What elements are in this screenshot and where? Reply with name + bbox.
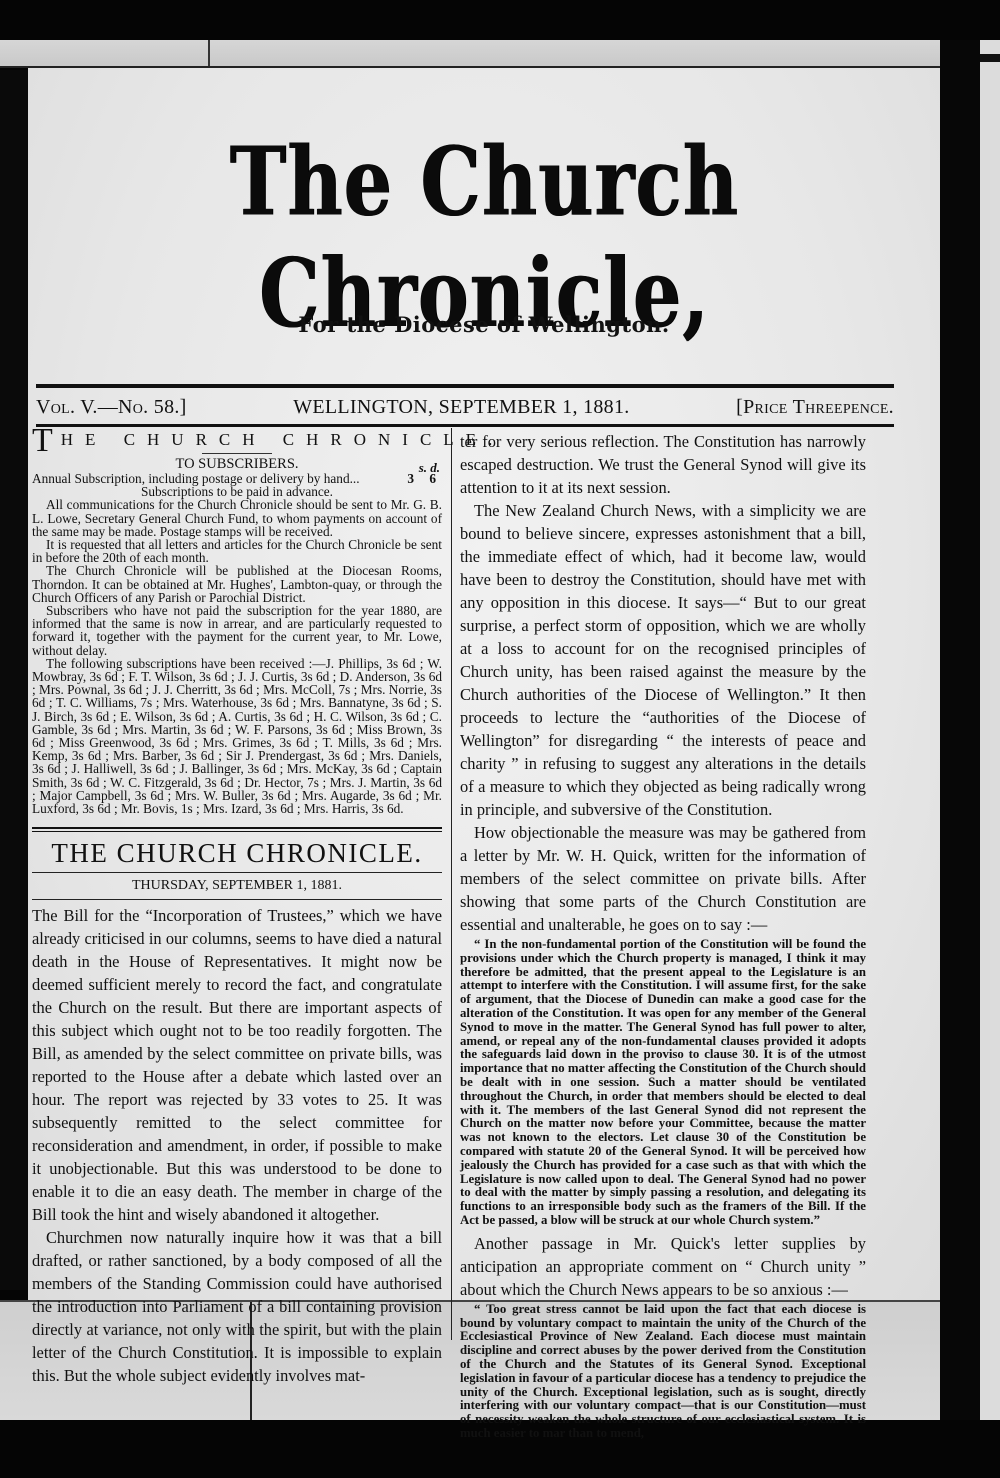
editorial-paragraph: Churchmen now naturally inquire how it w…	[32, 1226, 442, 1387]
rule	[32, 899, 442, 900]
right-column: ter for very serious reflection. The Con…	[460, 430, 866, 1445]
editorial-paragraph: Another passage in Mr. Quick's letter su…	[460, 1232, 866, 1301]
issue-date: WELLINGTON, SEPTEMBER 1, 1881.	[293, 396, 629, 419]
masthead-subtitle: For the Diocese of Wellington.	[28, 312, 940, 337]
editorial-paragraph: How objectionable the measure was may be…	[460, 821, 866, 936]
dateline: Vol. V.—No. 58.] WELLINGTON, SEPTEMBER 1…	[36, 396, 894, 419]
microfilm-left-edge	[0, 70, 28, 1290]
volume-number: Vol. V.—No. 58.]	[36, 396, 187, 419]
editorial-paragraph: The Bill for the “Incorporation of Trust…	[32, 904, 442, 1226]
column-divider	[451, 428, 452, 1340]
short-rule	[202, 453, 272, 454]
left-column: THE CHURCH CHRONICLE. TO SUBSCRIBERS. s.…	[32, 430, 442, 1387]
microfilm-top-strip	[0, 40, 945, 68]
microfilm-right-strip	[980, 40, 1000, 1420]
editorial-paragraph: ter for very serious reflection. The Con…	[460, 430, 866, 499]
newspaper-page: The Church Chronicle, For the Diocese of…	[28, 68, 940, 1300]
currency-header: s. d.	[419, 460, 440, 476]
editorial-heading: THE CHURCH CHRONICLE.	[32, 836, 442, 870]
dateline-rule	[36, 424, 894, 427]
quick-letter-quote: “ Too great stress cannot be laid upon t…	[460, 1303, 866, 1441]
subscribers-heading: THE CHURCH CHRONICLE.	[32, 430, 442, 451]
price: [Price Threepence.	[736, 396, 894, 419]
notice-paragraph: All communications for the Church Chroni…	[32, 498, 442, 538]
subscriptions-received-list: The following subscriptions have been re…	[32, 657, 442, 815]
rule	[32, 872, 442, 873]
masthead-rule	[36, 384, 894, 388]
section-double-rule	[32, 827, 442, 832]
film-mark	[208, 40, 210, 66]
notice-paragraph: The Church Chronicle will be published a…	[32, 564, 442, 604]
microfilm-right-edge	[940, 40, 980, 1420]
editorial-paragraph: The New Zealand Church News, with a simp…	[460, 499, 866, 821]
to-subscribers-heading: TO SUBSCRIBERS. s. d.	[32, 456, 442, 472]
quick-letter-quote: “ In the non-fundamental portion of the …	[460, 938, 866, 1228]
notice-paragraph: Subscribers who have not paid the subscr…	[32, 604, 442, 657]
notice-paragraph: It is requested that all letters and art…	[32, 538, 442, 564]
editorial-date: THURSDAY, SEPTEMBER 1, 1881.	[32, 875, 442, 897]
